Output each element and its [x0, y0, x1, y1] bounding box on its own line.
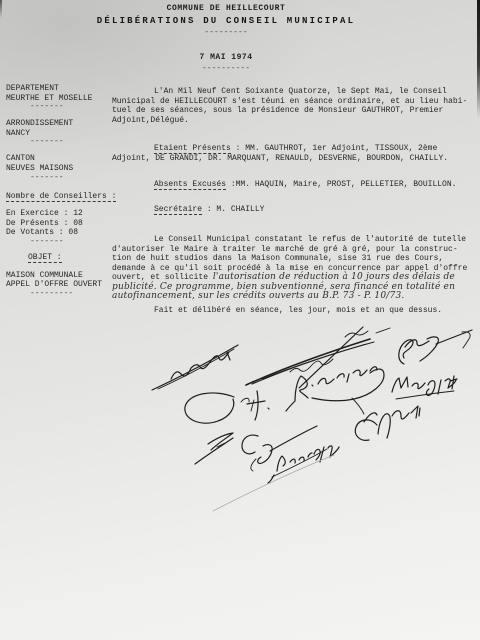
signature-top-right [399, 330, 472, 364]
secretaire-name: : M. CHAILLY [202, 205, 264, 214]
document-header: COMMUNE DE HEILLECOURT DÉLIBÉRATIONS DU … [0, 4, 452, 73]
signature-chailly [213, 446, 339, 511]
signature-desverne [286, 367, 384, 414]
conseillers-count-label: Nombre de Conseillers : [6, 192, 116, 202]
scanned-document-page: COMMUNE DE HEILLECOURT DÉLIBÉRATIONS DU … [0, 0, 480, 640]
absents-label: Absents Excusés [154, 180, 226, 190]
closing-line: Fait et délibéré en séance, les jour, mo… [112, 306, 480, 316]
deliberation-paragraph: Le Conseil Municipal constatant le refus… [112, 235, 480, 302]
presents-label: Etaient Présents [154, 144, 231, 154]
absents-paragraph: Absents Excusés :MM. HAQUIN, Maire, PROS… [112, 180, 480, 190]
sidebar-arrondissement-value: NANCY [6, 129, 138, 139]
signature-flag [195, 433, 233, 464]
document-date: 7 MAI 1974 [0, 53, 452, 62]
signatures-area [0, 320, 480, 530]
count-de-presents: De Présents : 08 [6, 219, 138, 229]
absents-names: :MM. HAQUIN, Maire, PROST, PELLETIER, BO… [226, 180, 456, 189]
sidebar-canton-value: NEUVES MAISONS [6, 164, 138, 174]
secretaire-label: Secrétaire [154, 205, 202, 215]
presents-paragraph: Etaient Présents : MM. GAUTHROT, 1er Adj… [112, 144, 480, 163]
document-title: DÉLIBÉRATIONS DU CONSEIL MUNICIPAL [0, 16, 452, 26]
objet-label: OBJET : [28, 253, 62, 263]
signature-flourish-center [246, 327, 390, 388]
signature-cg [242, 426, 317, 471]
date-divider: ---------- [0, 64, 452, 73]
signature-renauld [152, 345, 238, 390]
commune-title: COMMUNE DE HEILLECOURT [0, 4, 452, 13]
signature-loops-right [355, 406, 420, 440]
signatures-image [0, 320, 480, 530]
secretaire-paragraph: Secrétaire : M. CHAILLY [112, 205, 480, 215]
opening-paragraph: L'An Mil Neuf Cent Soixante Quatorze, le… [112, 87, 480, 125]
signature-loop-left [185, 391, 269, 423]
signature-marquant [392, 376, 457, 399]
header-divider: --------- [0, 28, 452, 37]
